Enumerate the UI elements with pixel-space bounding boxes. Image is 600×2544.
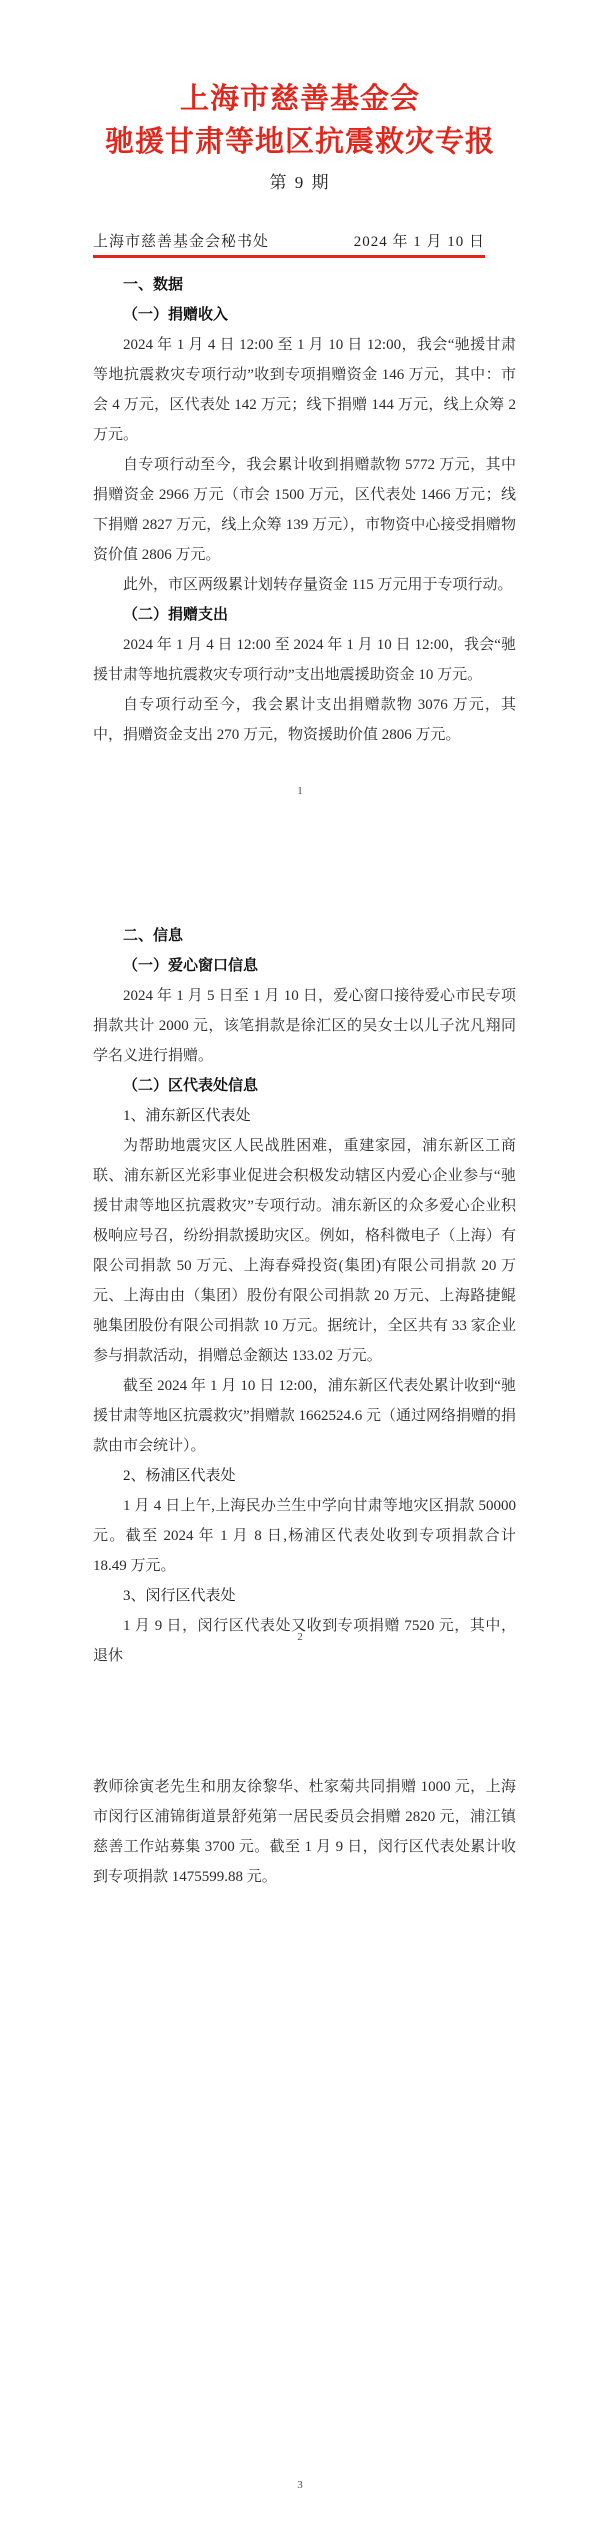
subsection-heading: （二）捐赠支出 bbox=[93, 600, 516, 630]
page-number: 1 bbox=[0, 784, 600, 798]
masthead-issuer: 上海市慈善基金会秘书处 bbox=[93, 230, 269, 251]
issue-number: 第 9 期 bbox=[0, 168, 600, 193]
paragraph: 2024 年 1 月 4 日 12:00 至 1 月 10 日 12:00，我会… bbox=[93, 330, 516, 450]
section-heading: 二、信息 bbox=[93, 921, 516, 951]
subsection-heading: （一）捐赠收入 bbox=[93, 300, 516, 330]
doc-title-line1: 上海市慈善基金会 bbox=[0, 84, 600, 116]
page-1-content: 一、数据 （一）捐赠收入 2024 年 1 月 4 日 12:00 至 1 月 … bbox=[93, 270, 516, 750]
paragraph: 自专项行动至今，我会累计收到捐赠款物 5772 万元，其中捐赠资金 2966 万… bbox=[93, 450, 516, 570]
masthead: 上海市慈善基金会秘书处 2024 年 1 月 10 日 bbox=[93, 230, 485, 258]
paragraph: 为帮助地震灾区人民战胜困难，重建家园，浦东新区工商联、浦东新区光彩事业促进会积极… bbox=[93, 1131, 516, 1371]
subsection-heading: （一）爱心窗口信息 bbox=[93, 951, 516, 981]
page-number: 3 bbox=[0, 2478, 600, 2492]
page-2-content: 二、信息 （一）爱心窗口信息 2024 年 1 月 5 日至 1 月 10 日，… bbox=[93, 921, 516, 1671]
paragraph: 2024 年 1 月 4 日 12:00 至 2024 年 1 月 10 日 1… bbox=[93, 630, 516, 690]
paragraph: 自专项行动至今，我会累计支出捐赠款物 3076 万元，其中，捐赠资金支出 270… bbox=[93, 690, 516, 750]
subsection-heading: （二）区代表处信息 bbox=[93, 1071, 516, 1101]
paragraph: 此外，市区两级累计划转存量资金 115 万元用于专项行动。 bbox=[93, 570, 516, 600]
item-heading: 2、杨浦区代表处 bbox=[93, 1461, 516, 1491]
section-heading: 一、数据 bbox=[93, 270, 516, 300]
page-number: 2 bbox=[0, 1630, 600, 1644]
item-heading: 1、浦东新区代表处 bbox=[93, 1101, 516, 1131]
paragraph-continuation: 教师徐寅老先生和朋友徐黎华、杜家菊共同捐赠 1000 元，上海市闵行区浦锦街道景… bbox=[93, 1772, 516, 1892]
paragraph: 2024 年 1 月 5 日至 1 月 10 日，爱心窗口接待爱心市民专项捐款共… bbox=[93, 981, 516, 1071]
paragraph: 截至 2024 年 1 月 10 日 12:00，浦东新区代表处累计收到“驰援甘… bbox=[93, 1371, 516, 1461]
paragraph: 1 月 4 日上午,上海民办兰生中学向甘肃等地灾区捐款 50000 元。截至 2… bbox=[93, 1491, 516, 1581]
doc-title-line2: 驰援甘肃等地区抗震救灾专报 bbox=[0, 127, 600, 159]
masthead-date: 2024 年 1 月 10 日 bbox=[354, 230, 485, 251]
item-heading: 3、闵行区代表处 bbox=[93, 1581, 516, 1611]
document-sheet: 上海市慈善基金会 驰援甘肃等地区抗震救灾专报 第 9 期 上海市慈善基金会秘书处… bbox=[0, 0, 600, 2544]
page-3-content: 教师徐寅老先生和朋友徐黎华、杜家菊共同捐赠 1000 元，上海市闵行区浦锦街道景… bbox=[93, 1772, 516, 1892]
